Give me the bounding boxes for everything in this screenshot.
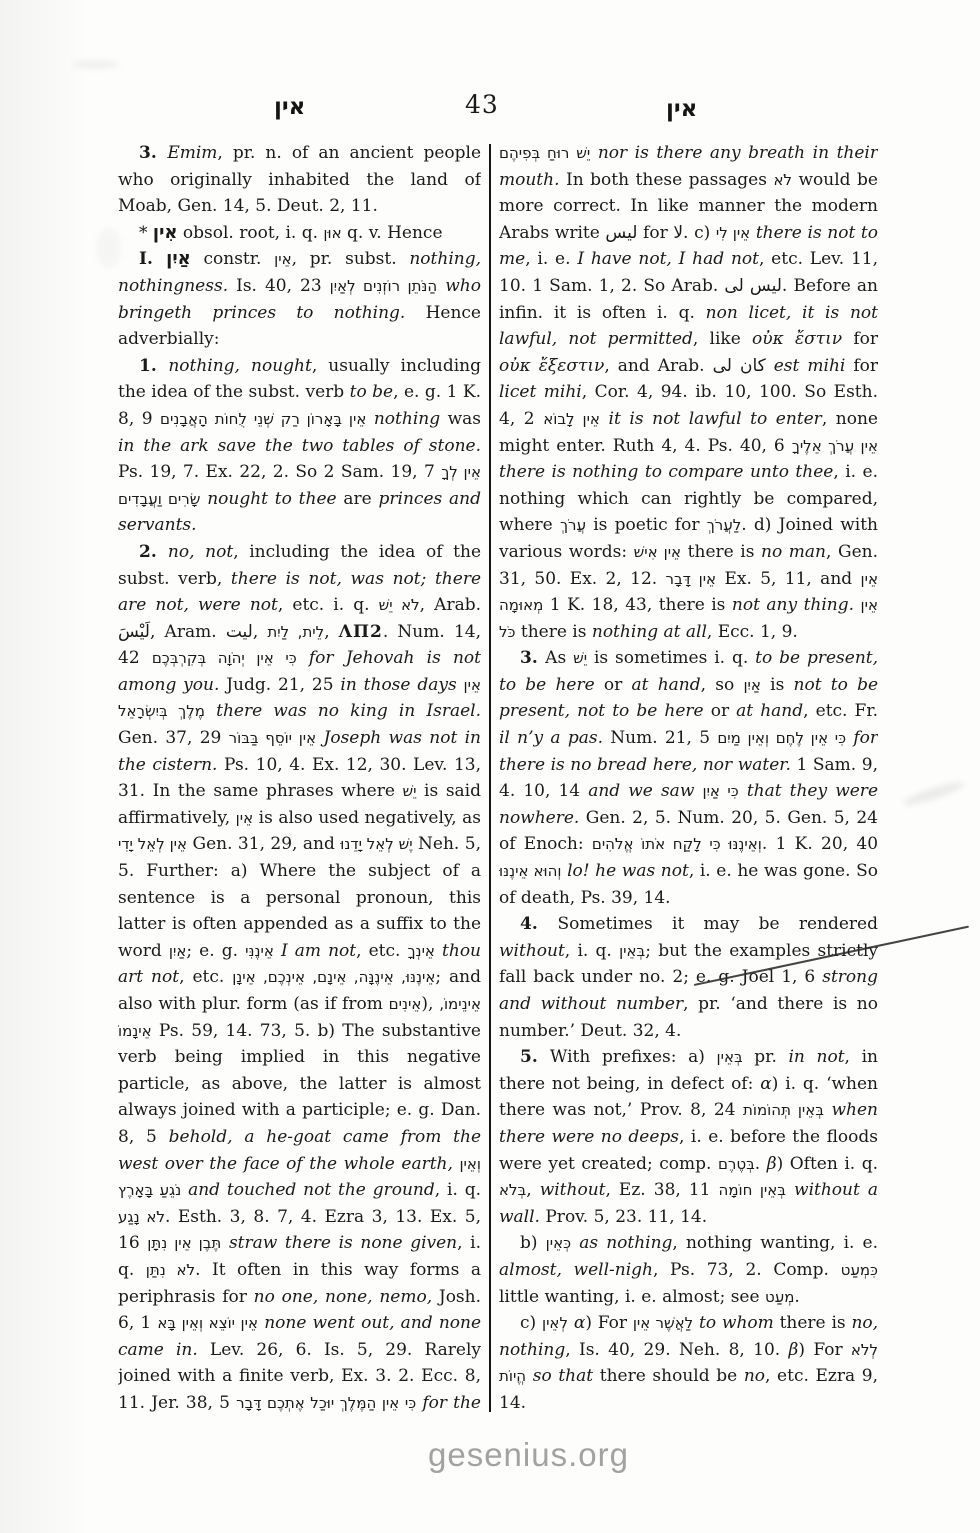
text-run: little wanting, i. e. almost; see [499,1287,765,1307]
scanned-lexicon-page: אין 43 אין 3. Emim, pr. n. of an ancient… [0,0,980,1533]
text-run: at hand [632,675,701,695]
text-run: or [704,701,737,721]
hebrew-text: אֵין [274,250,291,268]
text-run: is [761,675,794,695]
text-run: Emim [167,143,217,163]
text-run [297,648,309,668]
paragraph: I. אַיִן constr. אֵין, pr. subst. nothin… [118,246,481,352]
text-run: no one, none, nemo, [254,1287,432,1307]
text-run: , nothing wanting, i. e. [672,1233,878,1253]
paragraph: d) מֵאֵין pr. from there being no i. q [499,1417,878,1419]
hebrew-text: לַאֲשֶׁר אֵין [633,1314,693,1332]
text-run: as nothing [579,1233,672,1253]
text-run: I am not [281,941,356,961]
text-run: ) For [798,1340,851,1360]
text-run [766,356,774,376]
text-run: Judg. 21, 25 [219,675,340,695]
watermark: gesenius.org [428,1436,629,1474]
hebrew-text: אֵין לִי [716,224,750,242]
text-run: nothing at all [592,622,707,642]
text-run: 2. [139,542,168,562]
text-run: there is [774,1313,852,1333]
text-run: obsol. root, i. q. [178,223,324,243]
greek-text: οὐκ ἔξεστιν [499,356,604,376]
text-run: for [845,356,878,376]
header-hebrew-keyword-right: אין [666,96,697,122]
text-run: are [337,489,379,509]
text-run: and we saw [588,781,694,801]
text-columns: 3. Emim, pr. n. of an ancient people who… [118,140,878,1418]
scan-smudge [902,778,966,808]
hebrew-text: אַיִן [743,676,760,694]
greek-text: α [574,1313,585,1333]
hebrew-text: לְאֵין [542,1314,568,1332]
text-run: , so [701,675,744,695]
hebrew-text: אֵין יוֹצֵא וְאֵין בָּא [157,1314,258,1332]
hebrew-headword: אִין [153,222,178,243]
left-column: 3. Emim, pr. n. of an ancient people who… [118,140,481,1418]
text-run: . [755,1154,767,1174]
text-run: , Ez. 38, 11 [605,1180,718,1200]
text-run: , etc. i. q. [278,595,379,615]
hebrew-text: תֶּבֶן אֵין נִתָּן [147,1234,221,1252]
text-run: Gen. 37, 29 [118,728,229,748]
hebrew-headword: אַיִן [166,248,191,269]
text-run: 1. [139,356,168,376]
text-run: is poetic for [586,515,707,535]
text-run: there was no king in Israel. [216,701,481,721]
text-run: and touched not the ground [188,1180,435,1200]
hebrew-text: אֵינֶנּוּ, אֵינֶנָּה, אֵינָם, אֵינְכֶם, … [232,968,435,986]
text-run: in not [789,1047,845,1067]
hebrew-text: אוּן [323,224,341,242]
text-run: ) Often i. q. [777,1154,878,1174]
hebrew-text: לֹא יֵשׁ [379,596,420,614]
hebrew-text: כִּי אַיִן [702,782,738,800]
text-run: so that [533,1366,593,1386]
text-run: , Ecc. 1, 9. [707,622,798,642]
paragraph: b) כְּאֵין as nothing, nothing wanting, … [499,1230,878,1310]
header-hebrew-keyword-left: אין [274,94,305,120]
text-run: In both these passages [560,170,774,190]
text-run: there is [515,622,591,642]
text-run: to be [350,382,393,402]
paragraph: * אִין obsol. root, i. q. אוּן q. v. Hen… [118,220,481,247]
text-run [600,409,609,429]
text-run: without [499,941,565,961]
text-run: pr. [743,1047,789,1067]
hebrew-text: לַעֲרֹךְ [707,516,742,534]
text-run: , etc. [179,967,232,987]
text-run: , Arab. [420,595,481,615]
hebrew-text: בְּאֵין חוֹמָה [719,1181,786,1199]
text-run [316,728,323,748]
text-run: I. [139,249,166,269]
text-run: was [440,409,481,429]
arabic-text: ليت [226,622,253,642]
paragraph: c) לְאֵין α) For לַאֲשֶׁר אֵין to whom t… [499,1310,878,1416]
text-run: q. v. Hence [342,223,443,243]
hebrew-text: אֵין עֲרֹךְ אֵלֶיךָ [792,437,878,455]
text-run: , Aram. [150,622,226,642]
hebrew-text: בְּאֵין [717,1048,743,1066]
text-run: Ps. 19, 7. Ex. 22, 2. So 2 Sam. 19, 7 [118,462,441,482]
hebrew-text: וְאֵינֶנּוּ כִּי לָקַח אֹתוֹ אֱלֹהִים [592,835,762,853]
text-run: there should be [593,1366,744,1386]
text-run [205,701,216,721]
hebrew-text: לֵית, לַיִת [267,623,324,641]
text-run: is sometimes i. q. [587,648,755,668]
arabic-text: لا [673,223,683,243]
text-run: there is nothing to compare unto thee [499,462,833,482]
hebrew-text: לֹא נָגַע [118,1208,165,1226]
text-run [571,1233,579,1253]
greek-text: β [789,1340,799,1360]
greek-text: α [760,1074,771,1094]
text-run: 4. [520,914,558,934]
text-run [786,1180,794,1200]
text-run: in those days [340,675,456,695]
scan-smudge [72,60,120,69]
hebrew-text: כִּי אֵין הַמֶּלֶךְ יוּכַל אֶתְכֶם דָּבָ… [236,1394,416,1412]
text-run: constr. [191,249,274,269]
text-run: at hand [736,701,803,721]
hebrew-text: אֵינִים [389,995,422,1013]
hebrew-text: אֵין לָבוֹא [543,410,600,428]
text-run [366,409,374,429]
text-run: . 1 K. 20, 40 [762,834,878,854]
text-run: ), [421,994,439,1014]
text-run: not any thing. [732,595,854,615]
hebrew-text: וְהוּא אֵינֶנּוּ [499,862,561,880]
greek-text: οὐκ ἔστιν [752,329,842,349]
arabic-text: كان لى [713,356,766,376]
text-run: * [139,223,153,243]
hebrew-text: בְּטֶרֶם [718,1155,755,1173]
hebrew-text: כִּי אֵין יְהֹוָה בְּקִרְבְּכֶם [152,649,297,667]
text-run: 3. [139,143,167,163]
text-run: behold, a he-goat came from the west ove… [118,1127,481,1174]
text-run: , i. q. [565,941,619,961]
hebrew-text: אֵינֶנִּי [245,942,274,960]
hebrew-text: יֵשׁ רוּחַ בְּפִיהֶם [499,144,590,162]
arabic-text: لَيْسَ [118,622,150,642]
text-run [526,1366,533,1386]
text-run: no, not [168,542,233,562]
hebrew-text: אֵינְךָ [408,942,435,960]
paragraph: 2. no, not, including the idea of the su… [118,539,481,1418]
text-run: , Is. 40, 29. Neh. 8, 10. [565,1340,788,1360]
arabic-text: ليس [605,223,637,243]
text-run: il n’y a pas. [499,728,603,748]
paragraph: 5. With prefixes: a) בְּאֵין pr. in not,… [499,1044,878,1230]
right-column: יֵשׁ רוּחַ בְּפִיהֶם nor is there any br… [499,140,878,1418]
arabic-text: ليس لى [724,276,782,296]
text-run: , i. q. [435,1180,481,1200]
hebrew-text: לֹא [773,171,792,189]
samaritan-text: ΛΠ2 [339,622,383,642]
text-run: Is. 40, 23 [228,276,330,296]
text-run: est mihi [774,356,846,376]
hebrew-text: יֶשׁ לְאֵל יָדֵנוּ [340,835,412,853]
text-run: . c) [683,223,716,243]
hebrew-text: אַיִן [169,942,186,960]
text-run: nothing, nought [168,356,311,376]
text-run: , like [693,329,752,349]
text-run: without [540,1180,606,1200]
text-run: Gen. 31, 29, and [187,834,340,854]
text-run [221,1233,229,1253]
text-run: b) [520,1233,546,1253]
text-run: I have not, I had not [577,249,759,269]
text-run: no man [761,542,826,562]
paragraph: 1. nothing, nought, usually including th… [118,353,481,539]
text-run: licet mihi [499,382,582,402]
hebrew-text: בְּאֵין [619,942,645,960]
hebrew-text: לֹא נִתַּן [146,1261,195,1279]
hebrew-text: מְעַט [765,1288,794,1306]
text-run: , [324,622,339,642]
text-run: it is not lawful to enter [609,409,822,429]
text-run: , etc. Fr. [803,701,878,721]
text-run: Num. 21, 5 [603,728,717,748]
text-run: Sometimes it may be rendered [558,914,878,934]
text-run: 1 K. 18, 43, there is [543,595,732,615]
text-run: straw there is none given [229,1233,457,1253]
text-run: Prov. 5, 23. 11, 14. [540,1207,707,1227]
paragraph: 3. As יֵשׁ is sometimes i. q. to be pres… [499,645,878,911]
text-run [274,941,281,961]
greek-text: β [767,1154,777,1174]
column-divider-rule [489,144,491,1412]
hebrew-text: בְּאֵין תְּהוֹמוֹת [743,1101,824,1119]
text-run: Ex. 5, 11, and [716,569,860,589]
text-run: nought to thee [207,489,336,509]
hebrew-text: אֵין יוֹסֵף בַּבּוֹר [229,729,317,747]
text-run: As [545,648,573,668]
text-run: almost, well-nigh [499,1260,653,1280]
text-run: With prefixes: a) [550,1047,717,1067]
hebrew-text: כְּאֵין [546,1234,571,1252]
hebrew-text: אֵין בָּאָרוֹן רַק שְׁנֵי לֻחוֹת הָאֲבָנ… [160,410,366,428]
text-run: 5. [520,1047,550,1067]
text-run: , and Arab. [604,356,712,376]
text-run: to whom [699,1313,774,1333]
text-run: for [842,329,878,349]
text-run: , etc. [356,941,407,961]
text-run: lo! he was not [567,861,689,881]
hebrew-text: כִּי אֵין לֶחֶם וְאֵין מַיִם [717,729,846,747]
text-run [590,143,598,163]
hebrew-text: אֵין דָּבָר [666,570,717,588]
hebrew-text: יֵשׁ [573,649,587,667]
text-run [739,781,747,801]
hebrew-text: אֵין אִישׁ [634,543,681,561]
text-run: , Ps. 73, 2. Comp. [653,1260,841,1280]
text-run: no [744,1366,765,1386]
text-run: for [637,223,673,243]
hebrew-text: אֵין לְאֵל יָדִי [118,835,187,853]
text-run: c) [520,1313,542,1333]
text-run: 3. [520,648,545,668]
text-run: , pr. subst. [292,249,410,269]
text-run [435,941,442,961]
page-number: 43 [465,90,499,119]
hebrew-text: הַנֹּתֵן רוֹזְנִים לְאַיִן [330,277,438,295]
text-run [457,675,464,695]
hebrew-text: יֵשׁ [402,782,416,800]
text-run: ) For [585,1313,633,1333]
text-run: nothing [374,409,440,429]
hebrew-text: בְּלֹא [499,1181,526,1199]
text-run: , [253,622,268,642]
text-run: is also used negatively, as [253,808,481,828]
paragraph: 3. Emim, pr. n. of an ancient people who… [118,140,481,220]
text-run: there is [681,542,761,562]
text-run: ; e. g. [186,941,245,961]
text-run: or [595,675,632,695]
paragraph: 4. Sometimes it may be rendered without,… [499,911,878,1044]
paragraph: יֵשׁ רוּחַ בְּפִיהֶם nor is there any br… [499,140,878,645]
text-run: in the ark save the two tables of stone. [118,436,481,456]
hebrew-text: אֵין [236,809,253,827]
hebrew-text: עֲרֹךְ [560,516,586,534]
text-run: , [526,1180,539,1200]
text-run: . [794,1287,799,1307]
text-run: , i. e. [525,249,577,269]
hebrew-text: כִּמְעַט [841,1261,878,1279]
